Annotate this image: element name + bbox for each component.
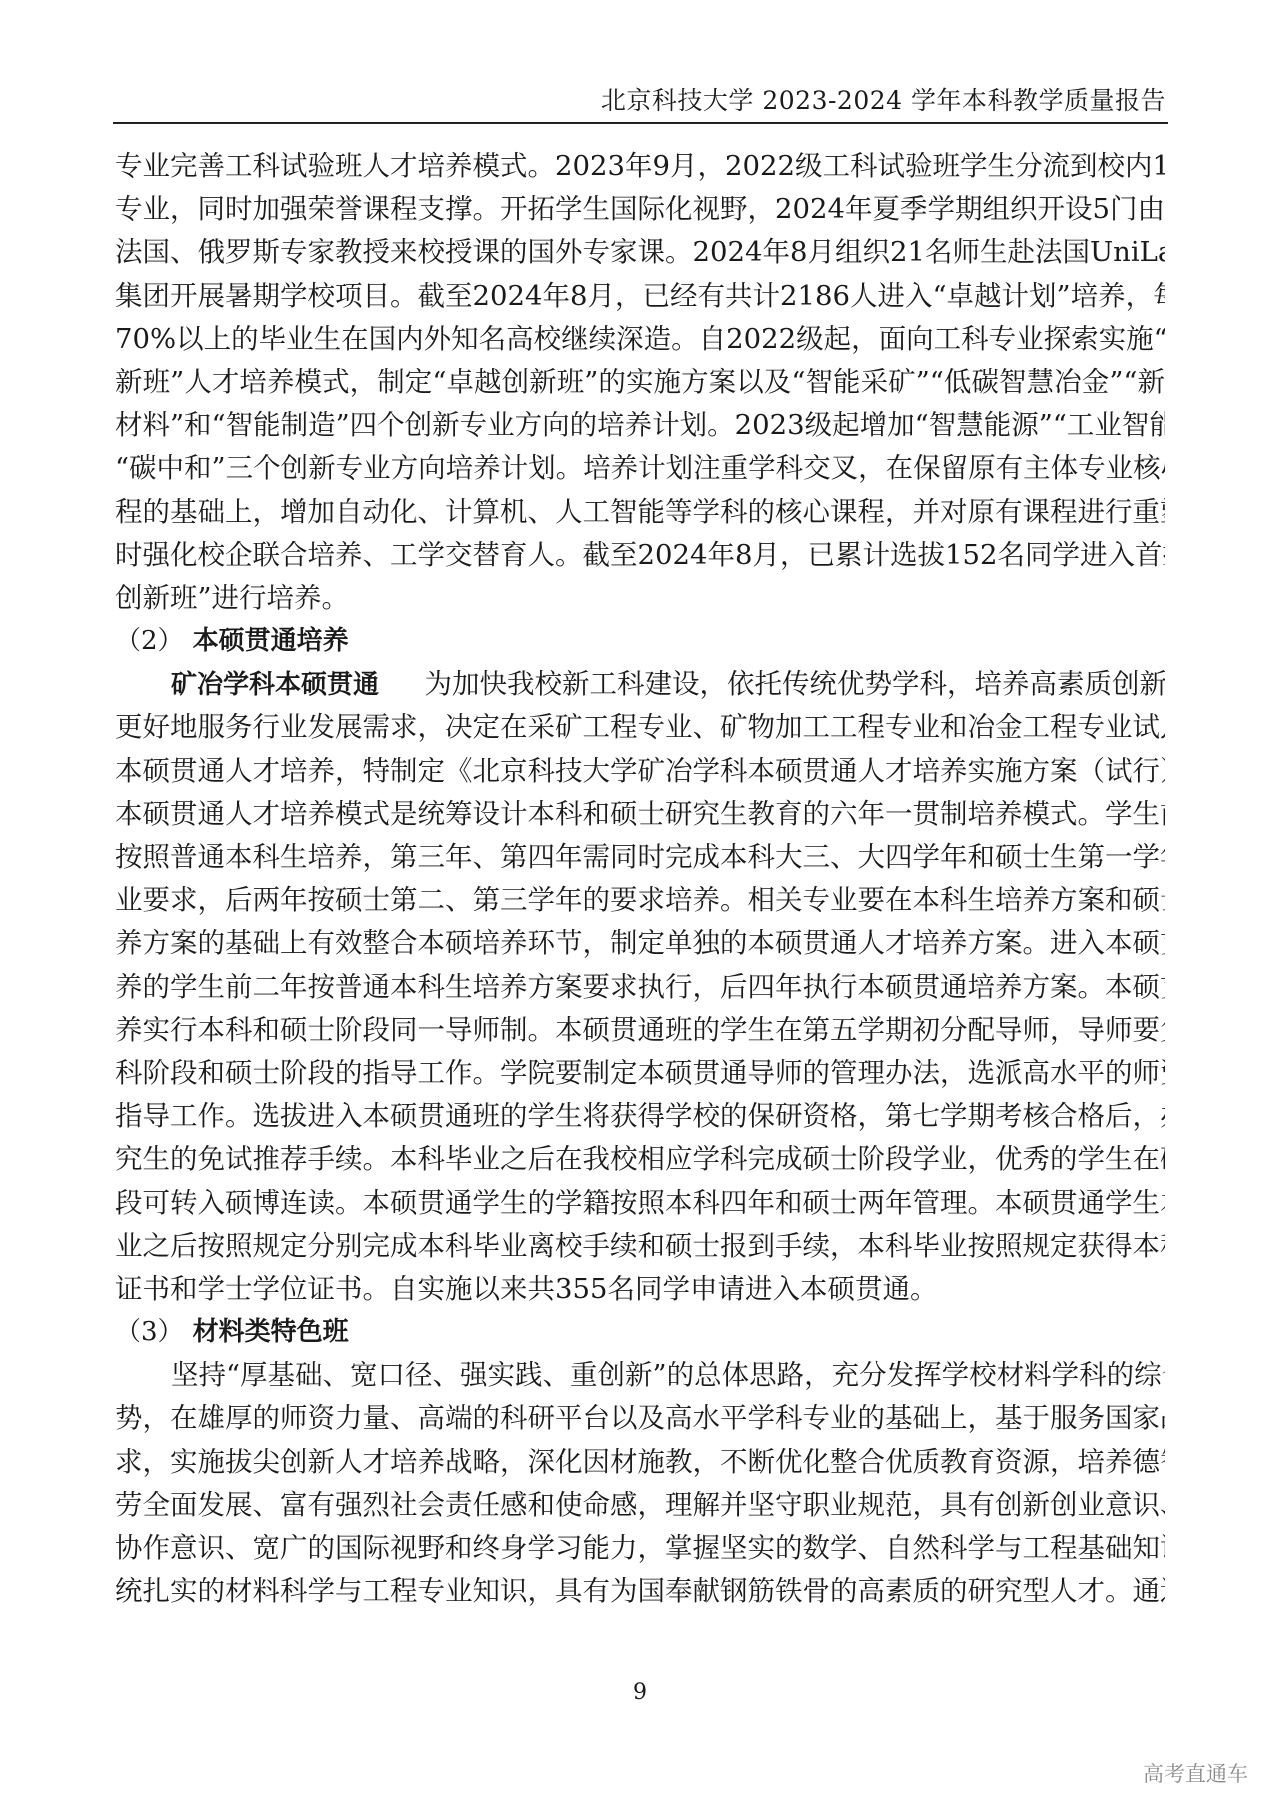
text-line: 按照普通本科生培养，第三年、第四年需同时完成本科大三、大四学年和硕士生第一学年的… xyxy=(115,836,1165,879)
text-line: 段可转入硕博连读。本硕贯通学生的学籍按照本科四年和硕士两年管理。本硕贯通学生本科… xyxy=(115,1182,1165,1225)
text-line: “碳中和”三个创新专业方向培养计划。培养计划注重学科交叉，在保留原有主体专业核心… xyxy=(115,447,1165,490)
text-line: 坚持“厚基础、宽口径、强实践、重创新”的总体思路，充分发挥学校材料学科的综合优 xyxy=(115,1354,1165,1397)
document-body: 专业完善工科试验班人才培养模式。2023年9月，2022级工科试验班学生分流到校… xyxy=(115,145,1165,1613)
page-header: 北京科技大学 2023-2024 学年本科教学质量报告 xyxy=(113,84,1168,124)
watermark: 高考直通车 xyxy=(1143,1758,1248,1788)
paragraph-materials-class: 坚持“厚基础、宽口径、强实践、重创新”的总体思路，充分发挥学校材料学科的综合优 … xyxy=(115,1354,1165,1613)
text-line: 统扎实的材料科学与工程专业知识，具有为国奉献钢筋铁骨的高素质的研究型人才。通过建… xyxy=(115,1570,1165,1613)
text-line: 业之后按照规定分别完成本科毕业离校手续和硕士报到手续，本科毕业按照规定获得本科毕… xyxy=(115,1225,1165,1268)
section-title: 材料类特色班 xyxy=(193,1317,349,1347)
text-line: 专业完善工科试验班人才培养模式。2023年9月，2022级工科试验班学生分流到校… xyxy=(115,145,1165,188)
paragraph-excellence-plan: 专业完善工科试验班人才培养模式。2023年9月，2022级工科试验班学生分流到校… xyxy=(115,145,1165,620)
text-line: 势，在雄厚的师资力量、高端的科研平台以及高水平学科专业的基础上，基于服务国家战略… xyxy=(115,1397,1165,1440)
text-line: 专业，同时加强荣誉课程支撑。开拓学生国际化视野，2024年夏季学期组织开设5门由… xyxy=(115,188,1165,231)
text-line: 矿冶学科本硕贯通 为加快我校新工科建设，依托传统优势学科，培养高素质创新人才， xyxy=(115,663,1165,706)
section-number: （3） xyxy=(115,1317,184,1347)
text-line: 求，实施拔尖创新人才培养战略，深化因材施教，不断优化整合优质教育资源，培养德智体… xyxy=(115,1441,1165,1484)
text-line: 养方案的基础上有效整合本硕培养环节，制定单独的本硕贯通人才培养方案。进入本硕贯通… xyxy=(115,922,1165,965)
text-line: 程的基础上，增加自动化、计算机、人工智能等学科的核心课程，并对原有课程进行重塑，… xyxy=(115,491,1165,534)
text-line: 更好地服务行业发展需求，决定在采矿工程专业、矿物加工工程专业和冶金工程专业试点进… xyxy=(115,706,1165,749)
text-line: 法国、俄罗斯专家教授来校授课的国外专家课。2024年8月组织21名师生赴法国Un… xyxy=(115,231,1165,274)
text-line: 证书和学士学位证书。自实施以来共355名同学申请进入本硕贯通。 xyxy=(115,1268,1165,1311)
page-number: 9 xyxy=(630,1680,650,1705)
text-line: 业要求，后两年按硕士第二、第三学年的要求培养。相关专业要在本科生培养方案和硕士生… xyxy=(115,879,1165,922)
text-line: 究生的免试推荐手续。本科毕业之后在我校相应学科完成硕士阶段学业，优秀的学生在硕士… xyxy=(115,1138,1165,1181)
text-line: 养实行本科和硕士阶段同一导师制。本硕贯通班的学生在第五学期初分配导师，导师要负责… xyxy=(115,1009,1165,1052)
text-line: 劳全面发展、富有强烈社会责任感和使命感，理解并坚守职业规范，具有创新创业意识、团… xyxy=(115,1484,1165,1527)
text-line: 本硕贯通人才培养模式是统筹设计本科和硕士研究生教育的六年一贯制培养模式。学生前二… xyxy=(115,793,1165,836)
text-line: 时强化校企联合培养、工学交替育人。截至2024年8月，已累计选拔152名同学进入… xyxy=(115,534,1165,577)
text-line: 协作意识、宽广的国际视野和终身学习能力，掌握坚实的数学、自然科学与工程基础知识，… xyxy=(115,1527,1165,1570)
text-line: 本硕贯通人才培养，特制定《北京科技大学矿冶学科本硕贯通人才培养实施方案（试行）》… xyxy=(115,750,1165,793)
text-line: 材料”和“智能制造”四个创新专业方向的培养计划。2023级起增加“智慧能源”“工… xyxy=(115,404,1165,447)
text-line: 新班”人才培养模式，制定“卓越创新班”的实施方案以及“智能采矿”“低碳智慧冶金”… xyxy=(115,361,1165,404)
run-in-heading: 矿冶学科本硕贯通 xyxy=(171,670,379,700)
paragraph-bachelor-master: 矿冶学科本硕贯通 为加快我校新工科建设，依托传统优势学科，培养高素质创新人才， … xyxy=(115,663,1165,1311)
section-title: 本硕贯通培养 xyxy=(193,626,349,656)
text-line: 科阶段和硕士阶段的指导工作。学院要制定本硕贯通导师的管理办法，选派高水平的师资参… xyxy=(115,1052,1165,1095)
text-run: 为加快我校新工科建设，依托传统优势学科，培养高素质创新人才， xyxy=(425,668,1165,700)
text-line: 集团开展暑期学校项目。截至2024年8月，已经有共计2186人进入“卓越计划”培… xyxy=(115,275,1165,318)
report-title: 北京科技大学 2023-2024 学年本科教学质量报告 xyxy=(601,86,1166,116)
section-number: （2） xyxy=(115,626,184,656)
section-heading-materials-class: （3） 材料类特色班 xyxy=(115,1311,1165,1354)
section-heading-bachelor-master: （2） 本硕贯通培养 xyxy=(115,620,1165,663)
text-line: 养的学生前二年按普通本科生培养方案要求执行，后四年执行本硕贯通培养方案。本硕贯通… xyxy=(115,966,1165,1009)
text-line: 70%以上的毕业生在国内外知名高校继续深造。自2022级起，面向工科专业探索实施… xyxy=(115,318,1165,361)
text-line: 创新班”进行培养。 xyxy=(115,577,1165,620)
text-line: 指导工作。选拔进入本硕贯通班的学生将获得学校的保研资格，第七学期考核合格后，办理… xyxy=(115,1095,1165,1138)
